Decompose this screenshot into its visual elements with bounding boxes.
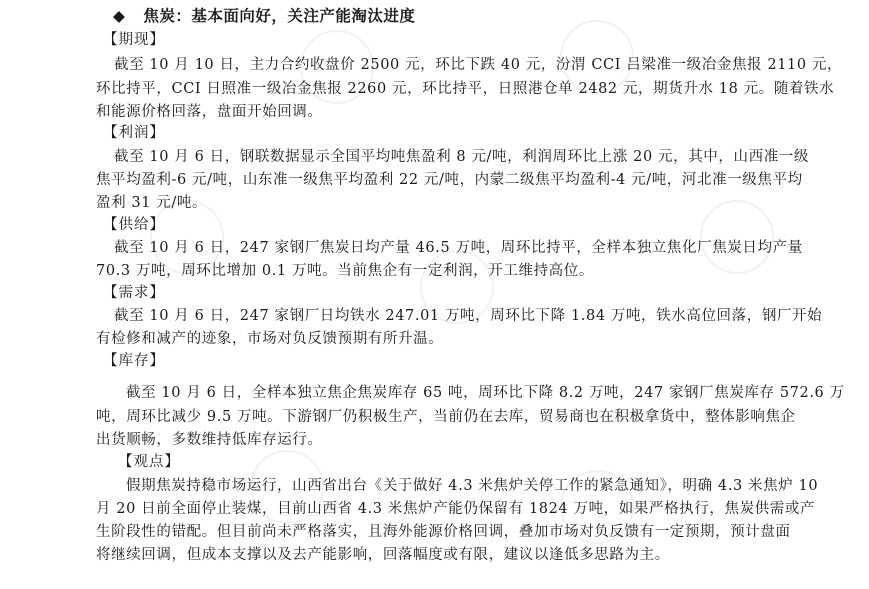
paragraph-line: 和能源价格回落，盘面开始回调。: [96, 100, 323, 121]
section-label-outlook: 【观点】: [118, 450, 180, 471]
paragraph-line: 环比持平，CCI 日照准一级冶金焦报 2260 元，环比持平，日照港仓单 248…: [96, 77, 834, 98]
paragraph-line: 月 20 日前全面停止装煤，目前山西省 4.3 米焦炉产能仍保留有 1824 万…: [96, 497, 815, 518]
paragraph-line: 焦平均盈利-6 元/吨，山东准一级焦平均盈利 22 元/吨，内蒙二级焦平均盈利-…: [96, 168, 803, 189]
paragraph-line: 截至 10 月 6 日，全样本独立焦企焦炭库存 65 吨，周环比下降 8.2 万…: [126, 381, 845, 402]
section-label-profit: 【利润】: [103, 121, 165, 142]
paragraph-line: 生阶段性的错配。但目前尚未严格落实，且海外能源价格回调，叠加市场对负反馈有一定预…: [96, 520, 791, 541]
section-label-demand: 【需求】: [103, 281, 165, 302]
paragraph-line: 70.3 万吨，周环比增加 0.1 万吨。当前焦企有一定利润，开工维持高位。: [96, 259, 594, 280]
section-label-futures-spot: 【期现】: [103, 28, 165, 49]
section-label-supply: 【供给】: [103, 213, 165, 234]
paragraph-line: 截至 10 月 6 日，247 家钢厂日均铁水 247.01 万吨，周环比下降 …: [114, 304, 822, 325]
heading-title: 焦炭：基本面向好，关注产能淘汰进度: [143, 7, 415, 25]
paragraph-line: 截至 10 月 6 日，247 家钢厂焦炭日均产量 46.5 万吨，周环比持平，…: [114, 236, 803, 257]
diamond-bullet-icon: ◆: [113, 7, 125, 25]
paragraph-line: 吨，周环比减少 9.5 万吨。下游钢厂仍积极生产，当前仍在去库，贸易商也在积极拿…: [96, 405, 796, 426]
section-label-inventory: 【库存】: [103, 349, 165, 370]
paragraph-line: 截至 10 月 6 日，钢联数据显示全国平均吨焦盈利 8 元/吨，利润周环比上涨…: [114, 145, 809, 166]
paragraph-line: 截至 10 月 10 日，主力合约收盘价 2500 元，环比下跌 40 元，汾渭…: [114, 53, 842, 74]
section-heading: ◆焦炭：基本面向好，关注产能淘汰进度: [113, 4, 415, 26]
paragraph-line: 盈利 31 元/吨。: [96, 191, 207, 212]
paragraph-line: 假期焦炭持稳市场运行，山西省出台《关于做好 4.3 米焦炉关停工作的紧急通知》，…: [126, 474, 818, 495]
paragraph-line: 有检修和减产的迹象，市场对负反馈预期有所升温。: [96, 327, 443, 348]
paragraph-line: 将继续回调，但成本支撑以及去产能影响，回落幅度或有限，建议以逢低多思路为主。: [96, 543, 670, 564]
paragraph-line: 出货顺畅，多数维持低库存运行。: [96, 428, 323, 449]
